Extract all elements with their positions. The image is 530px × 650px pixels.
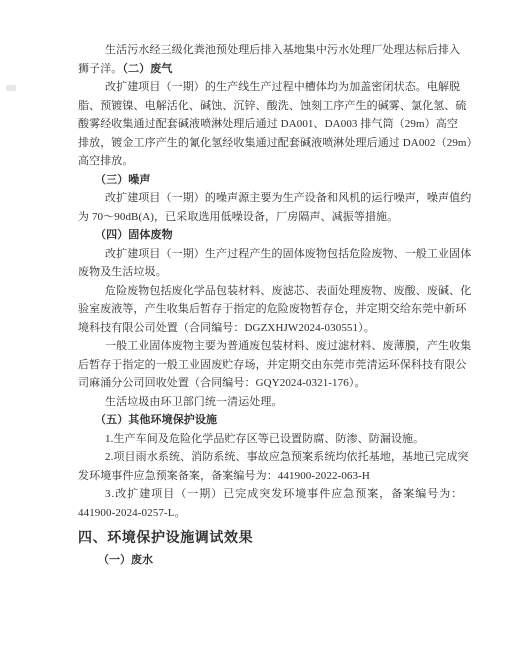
body-line: 后暂存于指定的一般工业固废贮存场，并定期交由东莞市莞清运环保科技有限公 [78, 356, 462, 375]
solid-waste-subsection-heading: （四）固体废物 [78, 226, 462, 245]
body-line: 改扩建项目（一期）生产过程产生的固体废物包括危险废物、一般工业固体 [78, 245, 462, 264]
numbered-item-line: 3.改扩建项目（一期）已完成突发环境事件应急预案，备案编号为： [78, 485, 462, 504]
body-line: 狮子洋。（二）废气 [78, 60, 462, 79]
scan-artifact [6, 85, 16, 91]
body-line: 高空排放。 [78, 152, 462, 171]
body-line: 一般工业固体废物主要为普通废包装材料、废过滤材料、废薄膜，产生收集 [78, 337, 462, 356]
body-line: 酸雾经收集通过配套碱液喷淋处理后通过 DA001、DA003 排气筒（29m）高… [78, 115, 462, 134]
body-line: 排放，镀金工序产生的氰化氢经收集通过配套碱液喷淋处理后通过 DA002（29m） [78, 134, 462, 153]
noise-subsection-heading: （三）噪声 [78, 171, 462, 190]
body-line: 为 70～90dB(A)，已采取选用低噪设备，厂房隔声、减振等措施。 [78, 208, 462, 227]
body-line: 境科技有限公司处置（合同编号：DGZXHJW2024-030551）。 [78, 319, 462, 338]
text-block: 生活污水经三级化粪池预处理后排入基地集中污水处理厂处理达标后排入 狮子洋。（二）… [78, 41, 462, 570]
numbered-item-line: 1.生产车间及危险化学品贮存区等已设置防腐、防渗、防漏设施。 [78, 430, 462, 449]
body-line: 生活污水经三级化粪池预处理后排入基地集中污水处理厂处理达标后排入 [78, 41, 462, 60]
other-facilities-subsection-heading: （五）其他环境保护设施 [78, 411, 462, 430]
body-line: 验室废液等，产生收集后暂存于指定的危险废物暂存仓，并定期交给东莞中新环 [78, 300, 462, 319]
document-page: 生活污水经三级化粪池预处理后排入基地集中污水处理厂处理达标后排入 狮子洋。（二）… [0, 0, 530, 650]
gas-subsection-heading-inline: （二）废气 [122, 63, 172, 75]
body-line: 441900-2024-0257-L。 [78, 504, 462, 523]
numbered-item-line: 2.项目雨水系统、消防系统、事故应急预案系统均依托基地，基地已完成突 [78, 448, 462, 467]
wastewater-subsection-heading: （一）废水 [78, 550, 462, 570]
body-line: 改扩建项目（一期）的生产线生产过程中槽体均为加盖密闭状态。电解脱 [78, 78, 462, 97]
body-line: 生活垃圾由环卫部门统一清运处理。 [78, 393, 462, 412]
body-line: 废物及生活垃圾。 [78, 263, 462, 282]
body-line: 改扩建项目（一期）的噪声源主要为生产设备和风机的运行噪声，噪声值约 [78, 189, 462, 208]
body-line: 危险废物包括废化学品包装材料、废滤芯、表面处理废物、废酸、废碱、化 [78, 282, 462, 301]
body-line: 司麻涌分公司回收处置（合同编号：GQY2024-0321-176）。 [78, 374, 462, 393]
body-line: 脂、预镀镍、电解活化、碱蚀、沉锌、酸洗、蚀刻工序产生的碱雾、氯化氢、硫 [78, 97, 462, 116]
chapter-heading: 四、环境保护设施调试效果 [78, 529, 462, 549]
body-line: 发环境事件应急预案备案，备案编号为：441900-2022-063-H [78, 467, 462, 486]
body-line-text: 狮子洋。 [78, 63, 122, 75]
